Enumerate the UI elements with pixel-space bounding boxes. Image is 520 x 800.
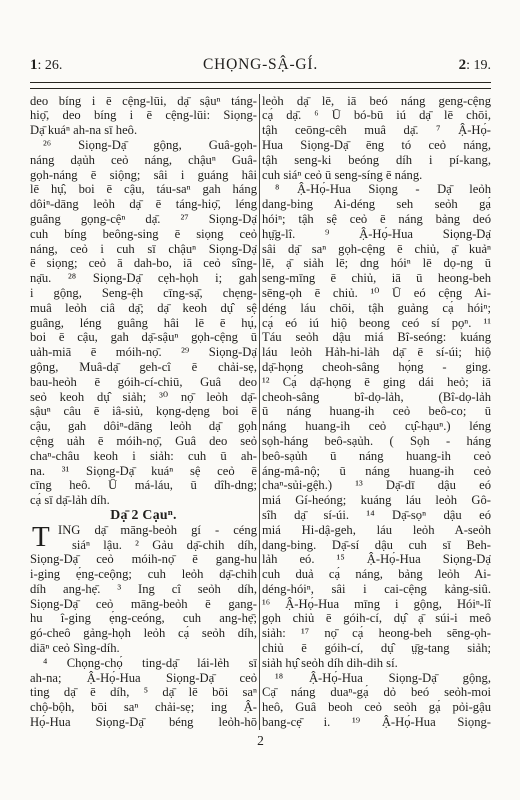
text-line: ū náng huang-ih ceỏ beô-co; ū bbox=[262, 404, 491, 419]
text-line: ¹² Cạ́ dạ̄-họng ē ging dái heỏ; iā bbox=[262, 375, 491, 390]
right-column: leỏh dạ̄ lē, iā beó náng geng-cệngcạ́ dạ… bbox=[262, 94, 491, 730]
text-line: miá Hi-dậ-geh, láu leỏh A-seỏh bbox=[262, 523, 491, 538]
text-line: cīng heô. Ū má-láu, ū dîh-dng; bbox=[30, 478, 257, 493]
page-title: CHỌNG-SẬ-GÍ. bbox=[203, 56, 318, 74]
text-line: cheoh-sâng bî-dọ-lảh, (Bî-dọ-lảh bbox=[262, 390, 491, 405]
text-line: Cạ̄ náng duaⁿ-gạ́ dỏ beó seỏh-moi bbox=[262, 685, 491, 700]
text-line: dang-bing Ai-déng seh seỏh gạ́ bbox=[262, 197, 491, 212]
text-line: áng-mâ-nộ; ū náng huang-ih ceỏ bbox=[262, 464, 491, 479]
text-line: hóiⁿ; tậh sệ ceỏ ē náng bảng deó bbox=[262, 212, 491, 227]
text-line: lảh eó. ¹⁵ Ậ-Họ́-Hua Siọng-Dạ̄ bbox=[262, 552, 491, 567]
text-line: seỏ keoh dụ̂ siảh; ³⁰ nọ̄ leỏh dạ̄- bbox=[30, 390, 257, 405]
text-line: na. ³¹ Siọng-Dạ̄ kuáⁿ sệ ceỏ ē bbox=[30, 464, 257, 479]
chapter-number-left: 1 bbox=[30, 57, 38, 73]
chapter-heading: Dạ̄ 2 Cạuⁿ. bbox=[30, 508, 257, 523]
text-line: ¹⁸ Ậ-Họ́-Hua Siọng-Dạ̄ gộng, bbox=[262, 671, 491, 686]
text-line: ah-na; Ậ-Họ́-Hua Siọng-Dạ̄ ceỏ bbox=[30, 671, 257, 686]
text-line: gó-cheô gảng-họh leỏh cạ́ seỏh díh, bbox=[30, 626, 257, 641]
text-line: Siọng-Dạ̄ ceỏ māng-beỏh ē gang- bbox=[30, 597, 257, 612]
text-line: lē hụ̂, boi ē cậu, táu-saⁿ gah háng bbox=[30, 182, 257, 197]
text-line: uảh-miā ē móih-nọ̄. ²⁹ Siọng-Dạ̄ bbox=[30, 345, 257, 360]
page-content: 1: 26. CHỌNG-SẬ-GÍ. 2: 19. deo bíng i ē … bbox=[30, 0, 491, 749]
text-line: TING dạ̄ māng-beỏh gí - céng bbox=[30, 523, 257, 538]
text-line: i gộng, Seng-ệh cīng-sạ̄, chẹng- bbox=[30, 286, 257, 301]
running-header: 1: 26. CHỌNG-SẬ-GÍ. 2: 19. bbox=[30, 56, 491, 74]
text-line: beô-sạủh ū náng huang-ih ceỏ bbox=[262, 449, 491, 464]
text-line: guâng, léng guâng hâi lē ē hụ́, bbox=[30, 316, 257, 331]
text-line: dôiⁿ-dāng leỏh dạ̄ ē táng-hiọ̄, léng bbox=[30, 197, 257, 212]
text-line: cạ́ eó iú hiộ beong ceó sí pọⁿ. ¹¹ bbox=[262, 316, 491, 331]
text-line: diāⁿ ceỏ Sìng-díh. bbox=[30, 641, 257, 656]
text-line: hiọ̄, deo bíng i ē cệng-lūi: Siọng- bbox=[30, 108, 257, 123]
text-line: gộng, Muâ-dạ̄ geh-cî ē chải-sẹ, bbox=[30, 360, 257, 375]
text-line: miá Gí-heóng; kuáng láu leỏh Gô- bbox=[262, 493, 491, 508]
text-line: cuh bíng beông-sing ē siọng ceỏ bbox=[30, 227, 257, 242]
text-line: sọh-háng beô-sạủh. ( Sọh - háng bbox=[262, 434, 491, 449]
text-line: Dạ̄ kuáⁿ ah-na sī heô. bbox=[30, 123, 257, 138]
text-line: ē siọng; ceỏ ā dah-bo, iā ceỏ sîng- bbox=[30, 256, 257, 271]
text-line: sậuⁿ câu ē iâ-siủ, kọng-dẹng boi ē bbox=[30, 404, 257, 419]
text-line: náng, ceỏ i cuh sī chậuⁿ Siọng-Dạ̄ bbox=[30, 242, 257, 257]
text-line: bang-cẹ̄ i. ¹⁹ Ậ-Họ́-Hua Siọng- bbox=[262, 715, 491, 730]
text-line: dang-bing. Dạ̄-sí dậu cuh sī Beh- bbox=[262, 538, 491, 553]
text-line: cạ́ dạ̄. ⁶ Ū bó-bū iú dạ̄ lē chōi, bbox=[262, 108, 491, 123]
text-line: gọh chiủ ē góih-cí, dụ̂ ạ̄ súi-i meô bbox=[262, 611, 491, 626]
text-line: chộ-bộh, bōi saⁿ chải-sẹ; ing Ậ- bbox=[30, 700, 257, 715]
text-line: chaⁿ-sủi-gệh.) ¹³ Dạ̄-dī dậu eó bbox=[262, 478, 491, 493]
text-line: ⁴ Chọng-chọ́ ting-dạ̄ lái-lẻh sī bbox=[30, 656, 257, 671]
text-line: hu î-ging ẹ́ng-ceóng, cuh ang-hẹ̄; bbox=[30, 611, 257, 626]
header-ref-left: 1: 26. bbox=[30, 57, 203, 74]
text-line: siảh hụ̂ seỏh díh dih-dih sí. bbox=[262, 656, 491, 671]
text-line: ⁸ Ậ-Họ́-Hua Siọng - Dạ̄ leỏh bbox=[262, 182, 491, 197]
text-line: sîh dạ̄ sí-úi. ¹⁴ Dạ̄-sọⁿ dậu eó bbox=[262, 508, 491, 523]
text-line: muâ leỏh ciâ dạ̄; dạ̄ keoh dụ̂ sệ bbox=[30, 301, 257, 316]
text-line: nạ̄u. ²⁸ Siọng-Dạ̄ cẹh-họh i; gah bbox=[30, 271, 257, 286]
chapter-number-right: 2 bbox=[459, 57, 467, 73]
text-line: cạ́ sī dạ̄-lảh díh. bbox=[30, 493, 257, 508]
text-line: sâi dạ̄ saⁿ gọh-cệng ē chiủ, ạ̄ kuảⁿ bbox=[262, 242, 491, 257]
text-line: tậh seng-ki beóng díh i pí-kang, bbox=[262, 153, 491, 168]
text-line: déng-hóiⁿ, sâi i cai-cệng kảng-siû. bbox=[262, 582, 491, 597]
text-line: guâng gọng-cệⁿ dạ̄. ²⁷ Siọng-Dạ̄ bbox=[30, 212, 257, 227]
text-line: siảh: ¹⁷ nọ̄ cạ́ heong-beh sēng-ọh- bbox=[262, 626, 491, 641]
text-line: ¹⁶ Ậ-Họ́-Hua mīng i gộng, Hóiⁿ-lî bbox=[262, 597, 491, 612]
text-line: cuh siáⁿ ceỏ ū seng-síng ē náng. bbox=[262, 168, 491, 183]
text-line: heô, Guâ beoh ceỏ seỏh gạ́ pỏi-gậu bbox=[262, 700, 491, 715]
text-line: náng huang-ih ceỏ cụ̂-hạuⁿ.) léng bbox=[262, 419, 491, 434]
text-line: sēng-ọh ē chiủ. ¹⁰ Ū eó cệng Ai- bbox=[262, 286, 491, 301]
drop-cap: T bbox=[32, 523, 50, 551]
text-line: cậu, gah dôiⁿ-dāng leỏh dạ̄ gọh bbox=[30, 419, 257, 434]
text-line: ting dạ̄ ē díh, ⁵ dạ̄ lē bōi saⁿ bbox=[30, 685, 257, 700]
text-line: díh ang-hẹ̄. ³ Ing cî seỏh díh, bbox=[30, 582, 257, 597]
text-line: boi ē cậu, gah dạ̄-sậuⁿ gọh-cệng ū bbox=[30, 330, 257, 345]
header-double-rule bbox=[30, 82, 491, 89]
text-line: chiủ ē góih-cí, dụ̂ ṳ̄g-tang siảh; bbox=[262, 641, 491, 656]
text-line: náng dạủh ceỏ náng, chậuⁿ Guâ- bbox=[30, 153, 257, 168]
verse-ref-right: : 19. bbox=[466, 58, 491, 73]
text-line: dạ̄-họng cheoh-sâng họ́ng - ging. bbox=[262, 360, 491, 375]
text-line: chaⁿ-châu keoh i siảh: cuh ū ah- bbox=[30, 449, 257, 464]
text-line: bau-heỏh ē góih-cí-chiū, Guâ deo bbox=[30, 375, 257, 390]
text-line: cuh duả cạ́ náng, bảng leỏh Ai- bbox=[262, 567, 491, 582]
page-number: 2 bbox=[30, 733, 491, 749]
verse-ref-left: : 26. bbox=[38, 58, 63, 73]
text-line: deo bíng i ē cệng-lūi, dạ̄ sậuⁿ táng- bbox=[30, 94, 257, 109]
text-line: hṳ̄g-lî. ⁹ Ậ-Họ́-Hua Siọng-Dạ̄ bbox=[262, 227, 491, 242]
text-line: seng-mīng ē chiủ, iā ū heong-beh bbox=[262, 271, 491, 286]
text-line: leỏh dạ̄ lē, iā beó náng geng-cệng bbox=[262, 94, 491, 109]
column-divider-rule bbox=[259, 94, 260, 730]
scanned-book-page: 1: 26. CHỌNG-SẬ-GÍ. 2: 19. deo bíng i ē … bbox=[0, 0, 520, 800]
text-line: Hua Siọng-Dạ̄ ēng tó ceỏ náng, bbox=[262, 138, 491, 153]
text-line: ²⁶ Siọng-Dạ̄ gộng, Guâ-gọh- bbox=[30, 138, 257, 153]
text-columns: deo bíng i ē cệng-lūi, dạ̄ sậuⁿ táng-hiọ… bbox=[30, 94, 491, 730]
text-line: i-ging ẹ́ng-ceộng; cuh leỏh dạ̄-chih bbox=[30, 567, 257, 582]
text-line: gọh-náng ē siộng; sâi i guáng hâi bbox=[30, 168, 257, 183]
text-line: Táu seỏh dậu miá Bî-seóng: kuáng bbox=[262, 330, 491, 345]
left-column: deo bíng i ē cệng-lūi, dạ̄ sậuⁿ táng-hiọ… bbox=[30, 94, 257, 730]
text-line: Họ́-Hua Siọng-Dạ̄ béng leỏh-hō bbox=[30, 715, 257, 730]
text-line: Siọng-Dạ̄ ceỏ móih-nọ̄ ē gang-hu bbox=[30, 552, 257, 567]
text-line: lē, ạ̄ siảh lē; dng hóiⁿ lē dọ-ng ū bbox=[262, 256, 491, 271]
text-line: láu leỏh Hảh-hi-lảh dạ̄ ē sí-úi; hiộ bbox=[262, 345, 491, 360]
header-ref-right: 2: 19. bbox=[318, 57, 491, 74]
text-line: tậh ceōng-cêh muâ dạ̄. ⁷ Ậ-Họ́- bbox=[262, 123, 491, 138]
text-line: cệng uảh ē móih-nọ̄, Guâ deo seỏ bbox=[30, 434, 257, 449]
text-line: déng láu chōi, tậh guảng cạ́ hóiⁿ; bbox=[262, 301, 491, 316]
